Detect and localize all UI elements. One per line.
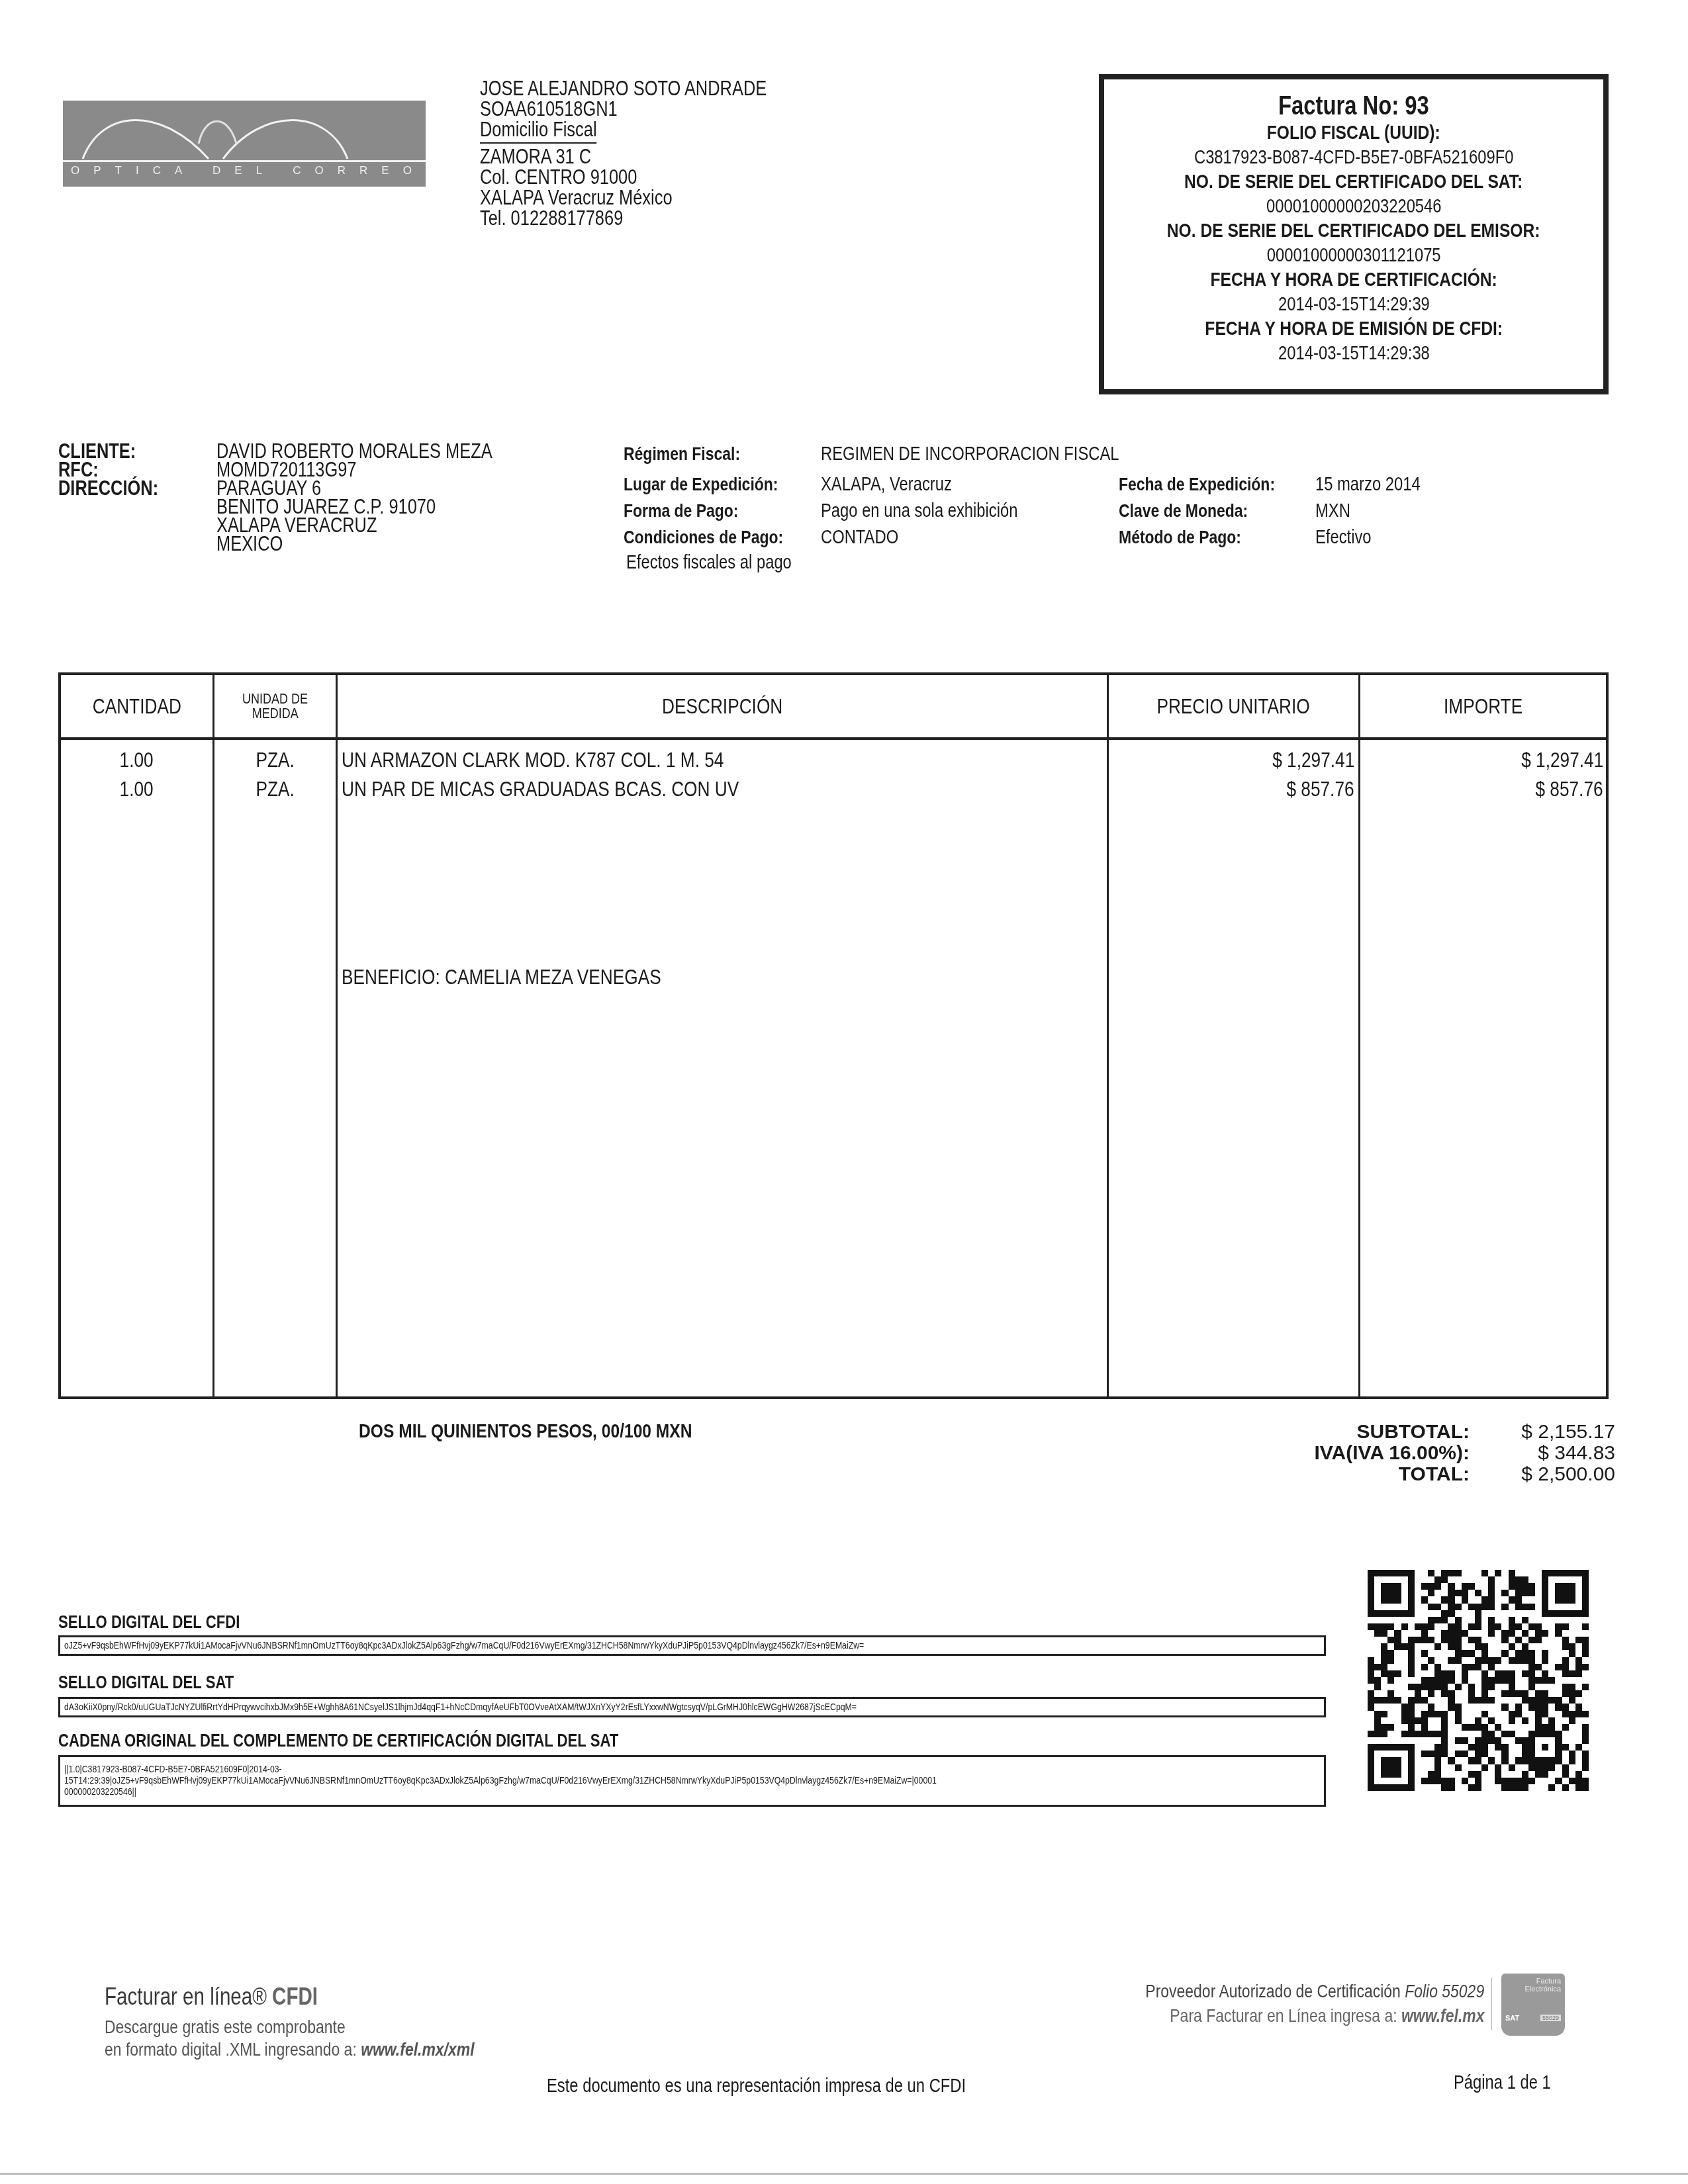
footer-divider [1491,1978,1492,2030]
beneficio-note: BENEFICIO: CAMELIA MEZA VENEGAS [342,962,661,991]
row-descripcion: UN ARMAZON CLARK MOD. K787 COL. 1 M. 54 [342,745,724,774]
cert-date-label: FECHA Y HORA DE CERTIFICACIÓN: [1210,268,1497,292]
arches-icon [63,101,426,164]
invoice-info-values-right: 15 marzo 2014 MXN Efectivo [1315,471,1421,551]
fecha-label: Fecha de Expedición: [1119,471,1275,498]
cadena-line: 15T14:29:39|oJZ5+vF9qsbEhWFfHvj09yEKP77k… [64,1775,1094,1786]
condiciones-value: CONTADO [821,524,1119,551]
fecha-value: 15 marzo 2014 [1315,471,1421,498]
header-precio: PRECIO UNITARIO [1109,675,1358,737]
invoice-info-values: REGIMEN DE INCORPORACION FISCAL XALAPA, … [821,441,1119,551]
emission-date-value: 2014-03-15T14:29:38 [1278,341,1430,365]
metodo-label: Método de Pago: [1119,524,1275,551]
brand-suffix: CFDI [272,1983,318,2010]
provider-folio: Folio 55029 [1405,1981,1484,2001]
page-number: Página 1 de 1 [1454,2072,1551,2094]
iva-label: IVA(IVA 16.00%): [1258,1443,1470,1464]
total-value: $ 2,500.00 [1483,1464,1615,1485]
emisor-cert-value: 00001000000301121075 [1267,244,1441,267]
badge-title: Factura Electrónica [1515,1978,1561,1993]
sat-cert-value: 00001000000203220546 [1266,195,1442,218]
row-cantidad: 1.00 [61,774,212,803]
row-importe: $ 857.76 [1521,774,1603,803]
sello-cfdi-title: SELLO DIGITAL DEL CFDI [58,1612,240,1633]
sello-sat-title: SELLO DIGITAL DEL SAT [58,1672,234,1693]
client-address-line: MEXICO [216,535,492,553]
sello-cfdi-box: oJZ5+vF9qsbEhWFfHvj09yEKP77kUi1AMocaFjvV… [58,1635,1326,1656]
online-line: Para Facturar en Línea ingresa a: www.fe… [1101,2005,1484,2026]
invoice-number: Factura No: 93 [1278,91,1429,120]
issuer-name: JOSE ALEJANDRO SOTO ANDRADE [480,78,767,99]
column-divider [1107,675,1109,1396]
download-line1: Descargue gratis este comprobante [105,2016,475,2038]
totals-values: $ 2,155.17 $ 344.83 $ 2,500.00 [1483,1422,1615,1485]
row-descripcion: UN PAR DE MICAS GRADUADAS BCAS. CON UV [342,774,739,803]
subtotal-value: $ 2,155.17 [1483,1422,1615,1443]
cert-date-value: 2014-03-15T14:29:39 [1278,293,1430,316]
forma-label: Forma de Pago: [624,498,783,524]
cadena-box: ||1.0|C3817923-B087-4CFD-B5E7-0BFA521609… [58,1755,1326,1807]
regimen-label: Régimen Fiscal: [624,441,783,467]
forma-value: Pago en una sola exhibición [821,498,1119,524]
qr-code-icon [1368,1570,1589,1791]
header-cantidad: CANTIDAD [61,675,212,737]
fiscal-info-box: Factura No: 93 FOLIO FISCAL (UUID): C381… [1099,74,1609,394]
items-table: CANTIDAD UNIDAD DE MEDIDA DESCRIPCIÓN PR… [58,672,1609,1399]
folio-label: FOLIO FISCAL (UUID): [1267,121,1440,145]
badge-folio: 55029 [1540,2015,1561,2021]
footer-download: Descargue gratis este comprobante en for… [105,2016,555,2061]
issuer-block: JOSE ALEJANDRO SOTO ANDRADE SOAA610518GN… [480,78,767,228]
metodo-value: Efectivo [1315,524,1421,551]
column-divider [1358,675,1360,1396]
condiciones-label: Condiciones de Pago: [624,524,783,551]
moneda-label: Clave de Moneda: [1119,498,1275,524]
qr-code [1368,1570,1589,1791]
efectos-fiscales: Efectos fiscales al pago [626,549,792,576]
client-labels: CLIENTE: RFC: DIRECCIÓN: [58,442,158,498]
footer-brand: Facturar en línea® CFDI [105,1983,365,2011]
emission-date-label: FECHA Y HORA DE EMISIÓN DE CFDI: [1205,317,1503,341]
row-importe: $ 1,297.41 [1503,745,1603,774]
badge-sat: SAT [1505,2015,1519,2023]
cadena-line: 000000203220546|| [64,1786,1094,1797]
row-precio: $ 1,297.41 [1254,745,1354,774]
sello-sat-box: dA3oKiiX0pny/Rck0/uUGUaTJcNYZUlfiRrtYdHP… [58,1697,1326,1717]
cadena-title: CADENA ORIGINAL DEL COMPLEMENTO DE CERTI… [58,1731,618,1751]
online-link[interactable]: www.fel.mx [1401,2005,1484,2026]
header-divider [61,737,1606,740]
regimen-value: REGIMEN DE INCORPORACION FISCAL [821,441,1119,467]
subtotal-label: SUBTOTAL: [1258,1422,1470,1443]
column-divider [336,675,338,1396]
amount-in-words: DOS MIL QUINIENTOS PESOS, 00/100 MXN [359,1420,692,1443]
issuer-street: ZAMORA 31 C [480,146,767,167]
company-logo: OPTICA DEL CORREO [63,101,426,187]
invoice-info-labels: Régimen Fiscal: Lugar de Expedición: For… [624,441,783,551]
row-unidad: PZA. [214,774,336,803]
issuer-colonia: Col. CENTRO 91000 [480,167,767,187]
page-edge [0,2173,1688,2175]
total-label: TOTAL: [1258,1464,1470,1485]
issuer-phone: Tel. 012288177869 [480,208,767,228]
direccion-label: DIRECCIÓN: [58,479,158,498]
iva-value: $ 344.83 [1483,1443,1615,1464]
client-values: DAVID ROBERTO MORALES MEZA MOMD720113G97… [216,442,492,553]
sello-cfdi-value: oJZ5+vF9qsbEhWFfHvj09yEKP77kUi1AMocaFjvV… [64,1640,864,1651]
totals-labels: SUBTOTAL: IVA(IVA 16.00%): TOTAL: [1258,1422,1470,1485]
sat-cert-label: NO. DE SERIE DEL CERTIFICADO DEL SAT: [1184,170,1523,194]
sat-badge: Factura Electrónica SAT 55029 [1501,1974,1565,2036]
moneda-value: MXN [1315,498,1421,524]
brand-name: Facturar en línea® [105,1983,267,2010]
lugar-value: XALAPA, Veracruz [821,471,1119,498]
domicilio-label: Domicilio Fiscal [480,119,597,144]
header-importe: IMPORTE [1360,675,1606,737]
row-precio: $ 857.76 [1272,774,1354,803]
emisor-cert-label: NO. DE SERIE DEL CERTIFICADO DEL EMISOR: [1167,219,1540,243]
row-cantidad: 1.00 [61,745,212,774]
cadena-line: ||1.0|C3817923-B087-4CFD-B5E7-0BFA521609… [64,1764,1094,1775]
row-unidad: PZA. [214,745,336,774]
provider-line: Proveedor Autorizado de Certificación Fo… [1071,1981,1484,2002]
download-line2: en formato digital .XML ingresando a: [105,2039,357,2060]
lugar-label: Lugar de Expedición: [624,471,783,498]
header-descripcion: DESCRIPCIÓN [338,675,1107,737]
issuer-city: XALAPA Veracruz México [480,187,767,208]
folio-value: C3817923-B087-4CFD-B5E7-0BFA521609F0 [1194,146,1514,169]
disclaimer: Este documento es una representación imp… [547,2075,966,2097]
header-unidad: UNIDAD DE MEDIDA [214,675,336,737]
logo-text: OPTICA DEL CORREO [63,164,426,177]
download-link[interactable]: www.fel.mx/xml [361,2039,474,2060]
invoice-info-labels-right: Fecha de Expedición: Clave de Moneda: Mé… [1119,471,1275,551]
sello-sat-value: dA3oKiiX0pny/Rck0/uUGUaTJcNYZUlfiRrtYdHP… [64,1702,857,1713]
issuer-rfc: SOAA610518GN1 [480,99,767,119]
